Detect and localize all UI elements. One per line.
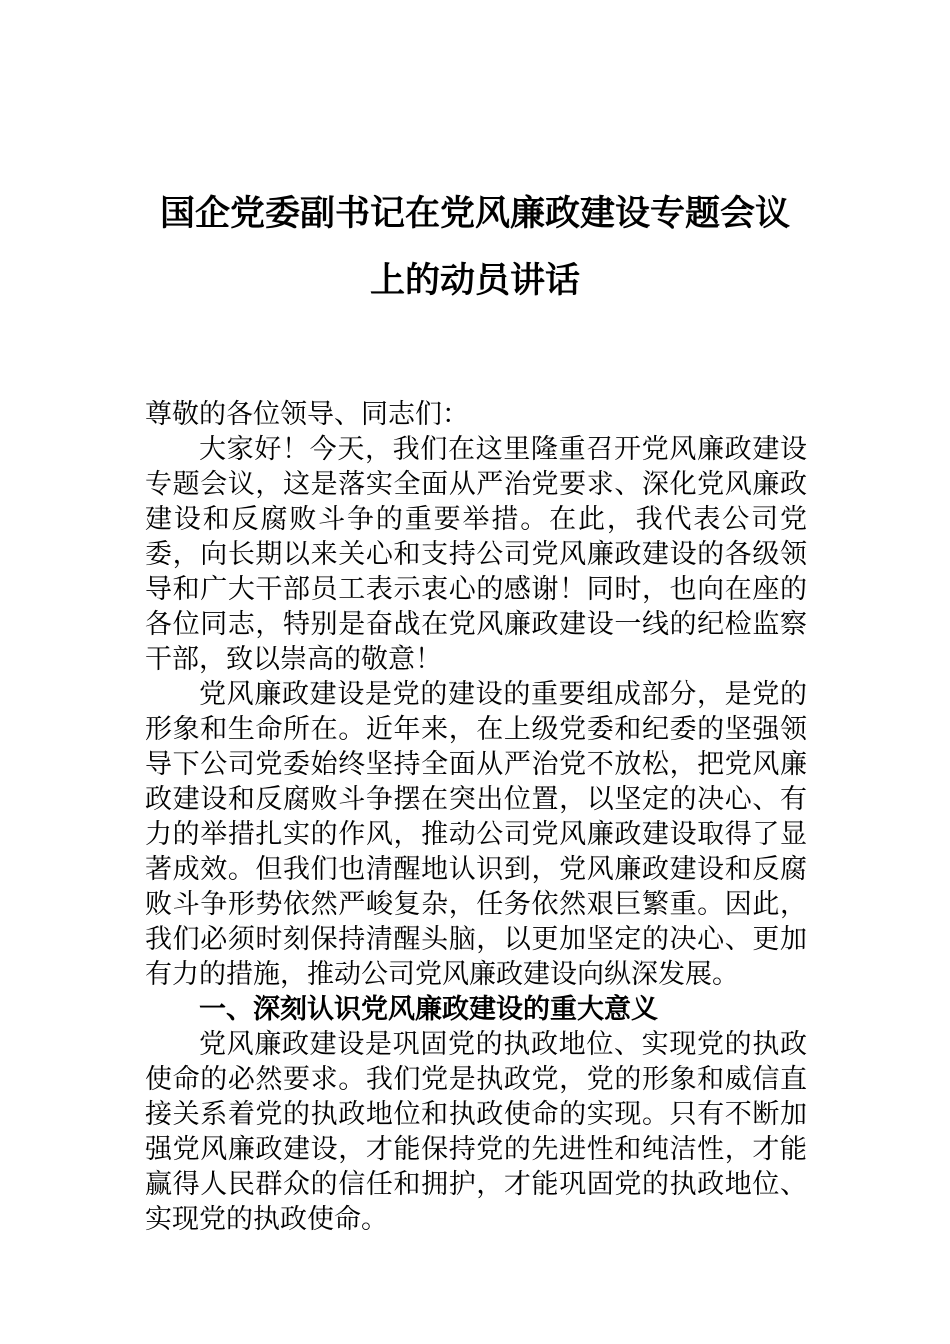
body-paragraph: 党风廉政建设是党的建设的重要组成部分，是党的形象和生命所在。近年来，在上级党委和… bbox=[145, 677, 807, 992]
body-paragraph: 党风廉政建设是巩固党的执政地位、实现党的执政使命的必然要求。我们党是执政党，党的… bbox=[145, 1027, 807, 1237]
salutation: 尊敬的各位领导、同志们： bbox=[145, 397, 807, 432]
document-title: 国企党委副书记在党风廉政建设专题会议上的动员讲话 bbox=[155, 180, 795, 314]
body-paragraph: 大家好！今天，我们在这里隆重召开党风廉政建设专题会议，这是落实全面从严治党要求、… bbox=[145, 432, 807, 677]
document-body: 尊敬的各位领导、同志们： 大家好！今天，我们在这里隆重召开党风廉政建设专题会议，… bbox=[145, 397, 807, 1237]
document-page: 国企党委副书记在党风廉政建设专题会议上的动员讲话 尊敬的各位领导、同志们： 大家… bbox=[0, 0, 950, 1344]
section-heading: 一、深刻认识党风廉政建设的重大意义 bbox=[145, 992, 807, 1027]
